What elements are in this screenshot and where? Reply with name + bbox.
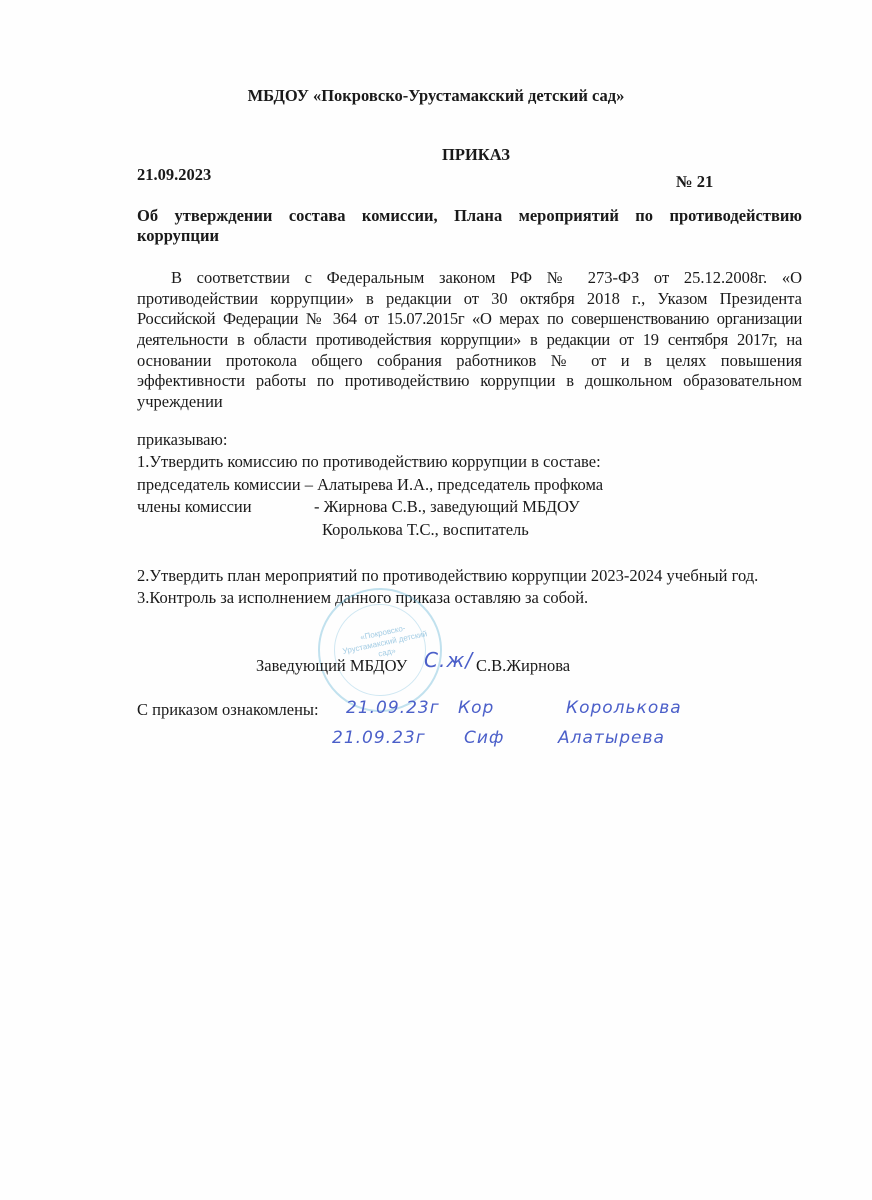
member-1: - Жирнова С.В., заведующий МБДОУ [314,497,580,517]
preamble-line: деятельности в области противодействия к… [137,330,802,351]
organization-name: МБДОУ «Покровско-Урустамакский детский с… [0,86,872,106]
document-type: ПРИКАЗ [0,145,872,165]
preamble-line: Российской Федерации № 364 от 15.07.2015… [137,309,802,330]
preamble: В соответствии с Федеральным законом РФ … [137,268,802,413]
preamble-line: В соответствии с Федеральным законом РФ … [137,268,802,289]
preamble-line: противодействии коррупции» в редакции от… [137,289,802,310]
ack-name: Алатырева [558,728,665,748]
preamble-line: основании протокола общего собрания рабо… [137,351,802,372]
members-label: члены комиссии [137,497,252,517]
preamble-line: эффективности работы по противодействию … [137,371,802,392]
member-2: Королькова Т.С., воспитатель [322,520,529,540]
item-1: 1.Утвердить комиссию по противодействию … [137,452,601,472]
preamble-line: учреждении [137,392,802,413]
acknowledgement-label: С приказом ознакомлены: [137,700,319,720]
order-subject: Об утверждении состава комиссии, Плана м… [137,206,802,246]
ack-date: 21.09.23г [346,698,440,718]
signer-name: С.В.Жирнова [476,656,570,676]
order-date: 21.09.2023 [137,165,211,185]
ack-date: 21.09.23г [332,728,426,748]
signer-position: Заведующий МБДОУ [256,656,407,676]
ack-signature: Кор [458,698,494,718]
ack-signature: Сиф [464,728,504,748]
commission-chair: председатель комиссии – Алатырева И.А., … [137,475,603,495]
item-2: 2.Утвердить план мероприятий по противод… [137,566,758,586]
ack-name: Королькова [566,698,682,718]
handwritten-signature: С.ж/ [424,648,473,672]
order-word: приказываю: [137,430,227,450]
order-number: № 21 [676,172,713,192]
